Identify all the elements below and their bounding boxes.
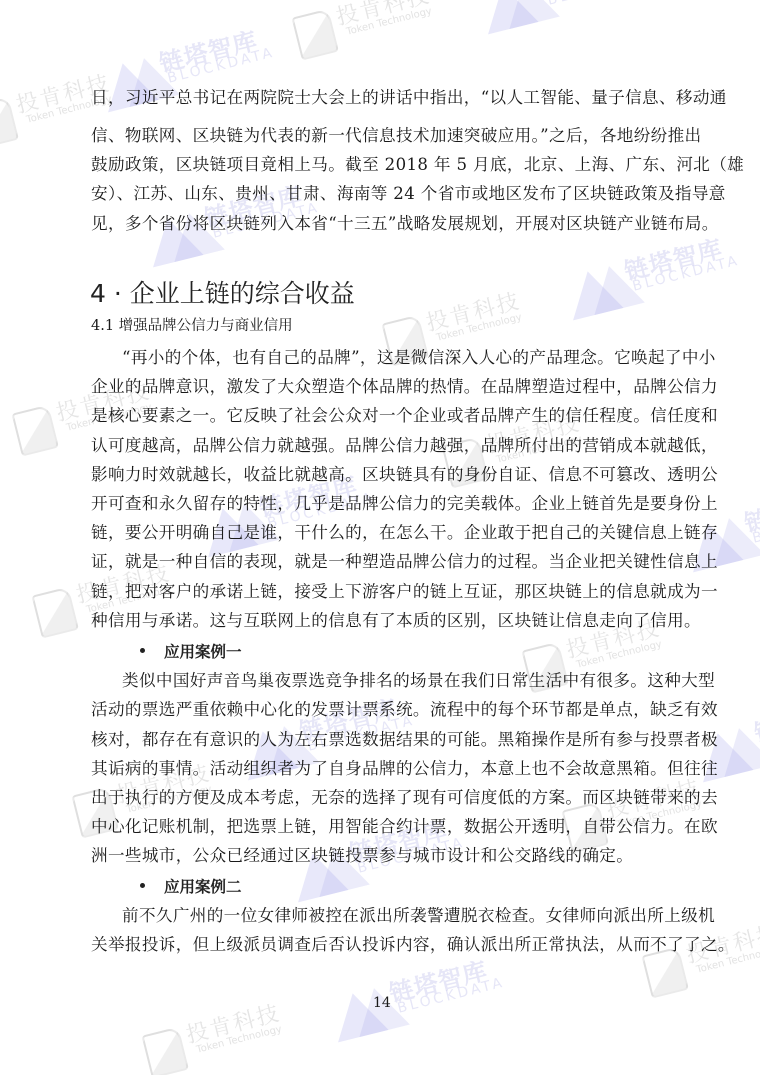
paragraph-line: 鼓励政策，区块链项目竟相上马。截至 2018 年 5 月底，北京、上海、广东、河… [91,155,671,175]
paragraph-line: 种信用与承诺。这与互联网上的信息有了本质的区别，区块链让信息走向了信用。 [91,611,671,631]
paragraph-line: 链，把对客户的承诺上链，接受上下游客户的链上互证，那区块链上的信息就成为一 [91,582,671,602]
paragraph-line: 开可查和永久留存的特性，几乎是品牌公信力的完美载体。企业上链首先是要身份上 [91,494,671,514]
bullet-icon [140,648,145,653]
paragraph-line: 其诟病的事情。活动组织者为了自身品牌的公信力，本意上也不会故意黑箱。但往往 [91,759,671,779]
document-page: 日，习近平总书记在两院院士大会上的讲话中指出，“以人工智能、量子信息、移动通 信… [0,0,760,1075]
paragraph-line: 见，多个省份将区块链列入本省“十三五”战略发展规划，开展对区块链产业链布局。 [91,214,671,234]
bullet-case-1: 应用案例一 [140,642,242,662]
bullet-label: 应用案例二 [164,878,242,896]
paragraph-line: 出于执行的方便及成本考虑，无奈的选择了现有可信度低的方案。而区块链带来的去 [91,788,671,808]
bullet-label: 应用案例一 [164,643,242,661]
paragraph-line: 链，要公开明确自己是谁，干什么的，在怎么干。企业敢于把自己的关键信息上链存 [91,523,671,543]
paragraph-line: 洲一些城市，公众已经通过区块链投票参与城市设计和公交路线的确定。 [91,846,671,866]
section-heading: 4 · 企业上链的综合收益 [90,279,355,309]
paragraph-line: 证，就是一种自信的表现，就是一种塑造品牌公信力的过程。当企业把关键性信息上 [91,552,671,572]
paragraph-line: 活动的票选严重依赖中心化的发票计票系统。流程中的每个环节都是单点，缺乏有效 [91,700,671,720]
paragraph-line: 核对，都存在有意识的人为左右票选数据结果的可能。黑箱操作是所有参与投票者极 [91,730,671,750]
paragraph-line: 类似中国好声音鸟巢夜票选竞争排名的场景在我们日常生活中有很多。这种大型 [122,671,702,691]
paragraph-line: 是核心要素之一。它反映了社会公众对一个企业或者品牌产生的信任程度。信任度和 [91,406,671,426]
paragraph-line: 影响力时效就越长，收益比就越高。区块链具有的身份自证、信息不可篡改、透明公 [91,465,671,485]
paragraph-line: 认可度越高，品牌公信力就越强。品牌公信力越强，品牌所付出的营销成本就越低， [91,436,671,456]
bullet-icon [140,883,145,888]
paragraph-line: 关举报投诉，但上级派员调查后否认投诉内容，确认派出所正常执法，从而不了了之。 [91,935,671,955]
paragraph-line: 信、物联网、区块链为代表的新一代信息技术加速突破应用。”之后，各地纷纷推出 [91,126,671,146]
paragraph-line: 日，习近平总书记在两院院士大会上的讲话中指出，“以人工智能、量子信息、移动通 [91,88,671,108]
paragraph-line: 安）、江苏、山东、贵州、甘肃、海南等 24 个省市或地区发布了区块链政策及指导意 [91,184,671,204]
bullet-case-2: 应用案例二 [140,877,242,897]
paragraph-line: 前不久广州的一位女律师被控在派出所袭警遭脱衣检查。女律师向派出所上级机 [122,906,702,926]
paragraph-line: 企业的品牌意识，激发了大众塑造个体品牌的热情。在品牌塑造过程中，品牌公信力 [91,377,671,397]
paragraph-line: “再小的个体，也有自己的品牌”，这是微信深入人心的产品理念。它唤起了中小 [122,348,702,368]
paragraph-line: 中心化记账机制，把选票上链，用智能合约计票，数据公开透明，自带公信力。在欧 [91,817,671,837]
subsection-heading: 4.1 增强品牌公信力与商业信用 [91,317,293,335]
page-number: 14 [373,995,391,1011]
